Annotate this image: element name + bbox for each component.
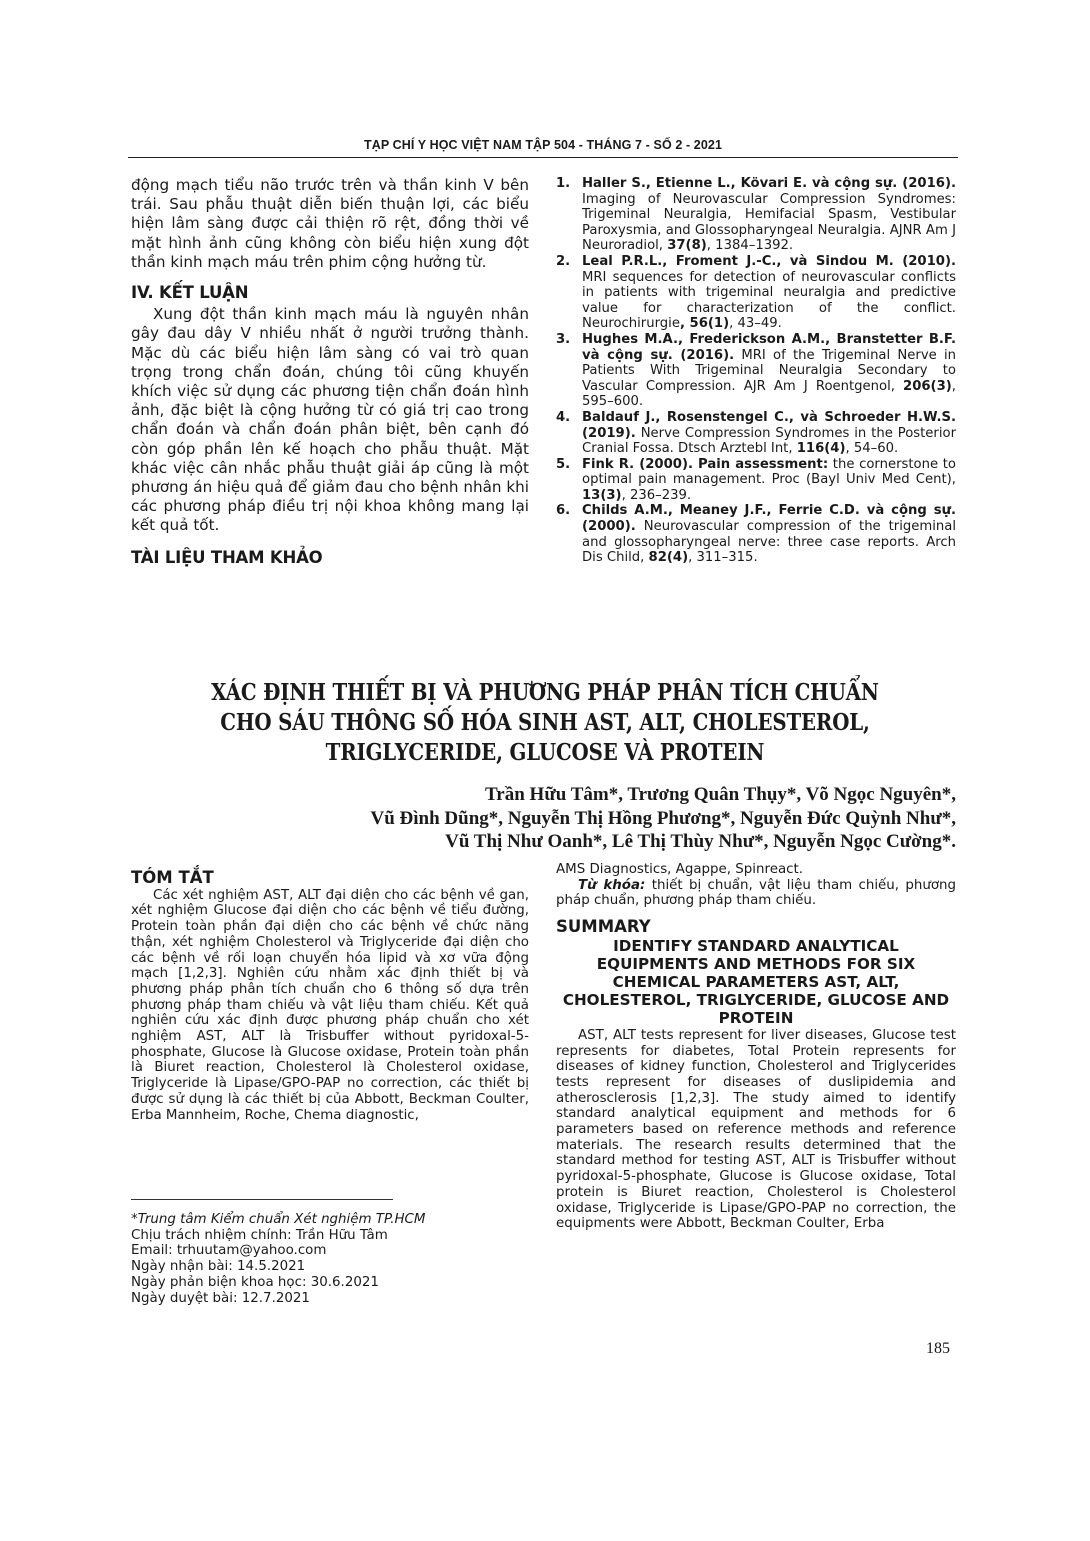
- references-heading: TÀI LIỆU THAM KHẢO: [131, 548, 529, 567]
- left-column-top: động mạch tiểu não trước trên và thần ki…: [131, 176, 529, 570]
- footnote-reviewed: Ngày phản biện khoa học: 30.6.2021: [131, 1275, 531, 1291]
- keywords: Từ khóa: thiết bị chuẩn, vật liệu tham c…: [556, 878, 956, 909]
- keywords-label: Từ khóa:: [578, 878, 645, 893]
- reference-authors: Haller S., Etienne L., Kövari E. và cộng…: [582, 176, 956, 191]
- abstract-vietnamese: TÓM TẮT Các xét nghiệm AST, ALT đại diện…: [131, 870, 529, 1123]
- conclusion-heading: IV. KẾT LUẬN: [131, 283, 529, 302]
- author-line: Trần Hữu Tâm*, Trương Quân Thụy*, Võ Ngọ…: [260, 783, 956, 807]
- reference-item: 1. Haller S., Etienne L., Kövari E. và c…: [556, 176, 956, 254]
- reference-volume: 116(4): [797, 441, 846, 456]
- reference-number: 2.: [556, 254, 582, 332]
- footnote-responsible: Chịu trách nhiệm chính: Trần Hữu Tâm: [131, 1228, 531, 1244]
- reference-pages: , 236–239.: [622, 488, 692, 503]
- reference-item: 4. Baldauf J., Rosenstengel C., và Schro…: [556, 410, 956, 457]
- footnote-email: Email: trhuutam@yahoo.com: [131, 1243, 531, 1259]
- summary-title: IDENTIFY STANDARD ANALYTICAL EQUIPMENTS …: [556, 937, 956, 1027]
- author-line: Vũ Thị Như Oanh*, Lê Thị Thùy Như*, Nguy…: [260, 830, 956, 854]
- abstract-paragraph: Các xét nghiệm AST, ALT đại diện cho các…: [131, 888, 529, 1124]
- reference-item: 2. Leal P.R.L., Froment J.-C., và Sindou…: [556, 254, 956, 332]
- reference-number: 3.: [556, 332, 582, 410]
- header-rule: [128, 157, 958, 158]
- reference-volume: , 56(1): [680, 316, 729, 331]
- reference-item: 6. Childs A.M., Meaney J.F., Ferrie C.D.…: [556, 503, 956, 565]
- reference-pages: , 311–315.: [688, 550, 758, 565]
- reference-title: Neurovascular compression of the trigemi…: [582, 519, 956, 565]
- reference-volume: 82(4): [649, 550, 689, 565]
- footnote-received: Ngày nhận bài: 14.5.2021: [131, 1259, 531, 1275]
- summary-paragraph: AST, ALT tests represent for liver disea…: [556, 1028, 956, 1232]
- abstract-heading: TÓM TẮT: [131, 870, 529, 886]
- reference-volume: 206(3): [903, 379, 952, 394]
- continuation-paragraph: động mạch tiểu não trước trên và thần ki…: [131, 176, 529, 272]
- reference-pages: , 1384–1392.: [707, 238, 793, 253]
- article-authors: Trần Hữu Tâm*, Trương Quân Thụy*, Võ Ngọ…: [260, 783, 956, 854]
- reference-number: 4.: [556, 410, 582, 457]
- reference-number: 5.: [556, 457, 582, 504]
- footnote-rule: [131, 1199, 393, 1200]
- footnote-accepted: Ngày duyệt bài: 12.7.2021: [131, 1291, 531, 1307]
- right-column-bottom: AMS Diagnostics, Agappe, Spinreact. Từ k…: [556, 862, 956, 1232]
- references-list: 1. Haller S., Etienne L., Kövari E. và c…: [556, 176, 956, 566]
- reference-pages: , 43–49.: [729, 316, 782, 331]
- journal-header: TẠP CHÍ Y HỌC VIỆT NAM TẬP 504 - THÁNG 7…: [128, 138, 958, 152]
- reference-pages: , 54–60.: [846, 441, 899, 456]
- abstract-continued: AMS Diagnostics, Agappe, Spinreact.: [556, 862, 956, 878]
- reference-volume: 37(8): [667, 238, 707, 253]
- conclusion-paragraph: Xung đột thần kinh mạch máu là nguyên nh…: [131, 305, 529, 535]
- summary-heading: SUMMARY: [556, 919, 956, 935]
- page-number: 185: [926, 1340, 950, 1358]
- reference-authors: Leal P.R.L., Froment J.-C., và Sindou M.…: [582, 254, 956, 269]
- footnote-affiliation: *Trung tâm Kiểm chuẩn Xét nghiệm TP.HCM: [131, 1212, 531, 1228]
- footnote: *Trung tâm Kiểm chuẩn Xét nghiệm TP.HCM …: [131, 1212, 531, 1306]
- reference-volume: 13(3): [582, 488, 622, 503]
- reference-title: Nerve Compression Syndromes in the Poste…: [582, 426, 956, 457]
- reference-authors: Fink R. (2000). Pain assessment:: [582, 457, 828, 472]
- article-title: XÁC ĐỊNH THIẾT BỊ VÀ PHƯƠNG PHÁP PHÂN TÍ…: [205, 678, 884, 768]
- reference-item: 5. Fink R. (2000). Pain assessment: the …: [556, 457, 956, 504]
- reference-item: 3. Hughes M.A., Frederickson A.M., Brans…: [556, 332, 956, 410]
- author-line: Vũ Đình Dũng*, Nguyễn Thị Hồng Phương*, …: [260, 807, 956, 831]
- reference-number: 1.: [556, 176, 582, 254]
- reference-number: 6.: [556, 503, 582, 565]
